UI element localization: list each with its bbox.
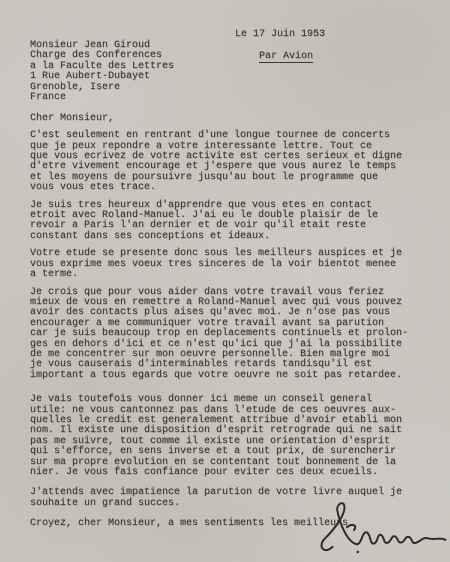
letter-page: Le 17 Juin 1953 Par Avion Monsieur Jean … [0, 0, 450, 562]
salutation: Cher Monsieur, [30, 114, 426, 124]
letter-body: Monsieur Jean Giroud Charge des Conferen… [0, 0, 450, 530]
paragraph-3: Votre etude se presente donc sous les me… [30, 249, 426, 280]
paragraph-4: Je crois que pour vous aider dans votre … [30, 288, 426, 382]
recipient-address: Monsieur Jean Giroud Charge des Conferen… [30, 41, 426, 103]
paragraph-2: Je suis tres heureux d'apprendre que vou… [30, 201, 426, 243]
paragraph-1: C'est seulement en rentrant d'une longue… [30, 131, 426, 193]
signature [315, 496, 450, 561]
paragraph-5: Je vais toutefois vous donner ici meme u… [30, 395, 426, 478]
